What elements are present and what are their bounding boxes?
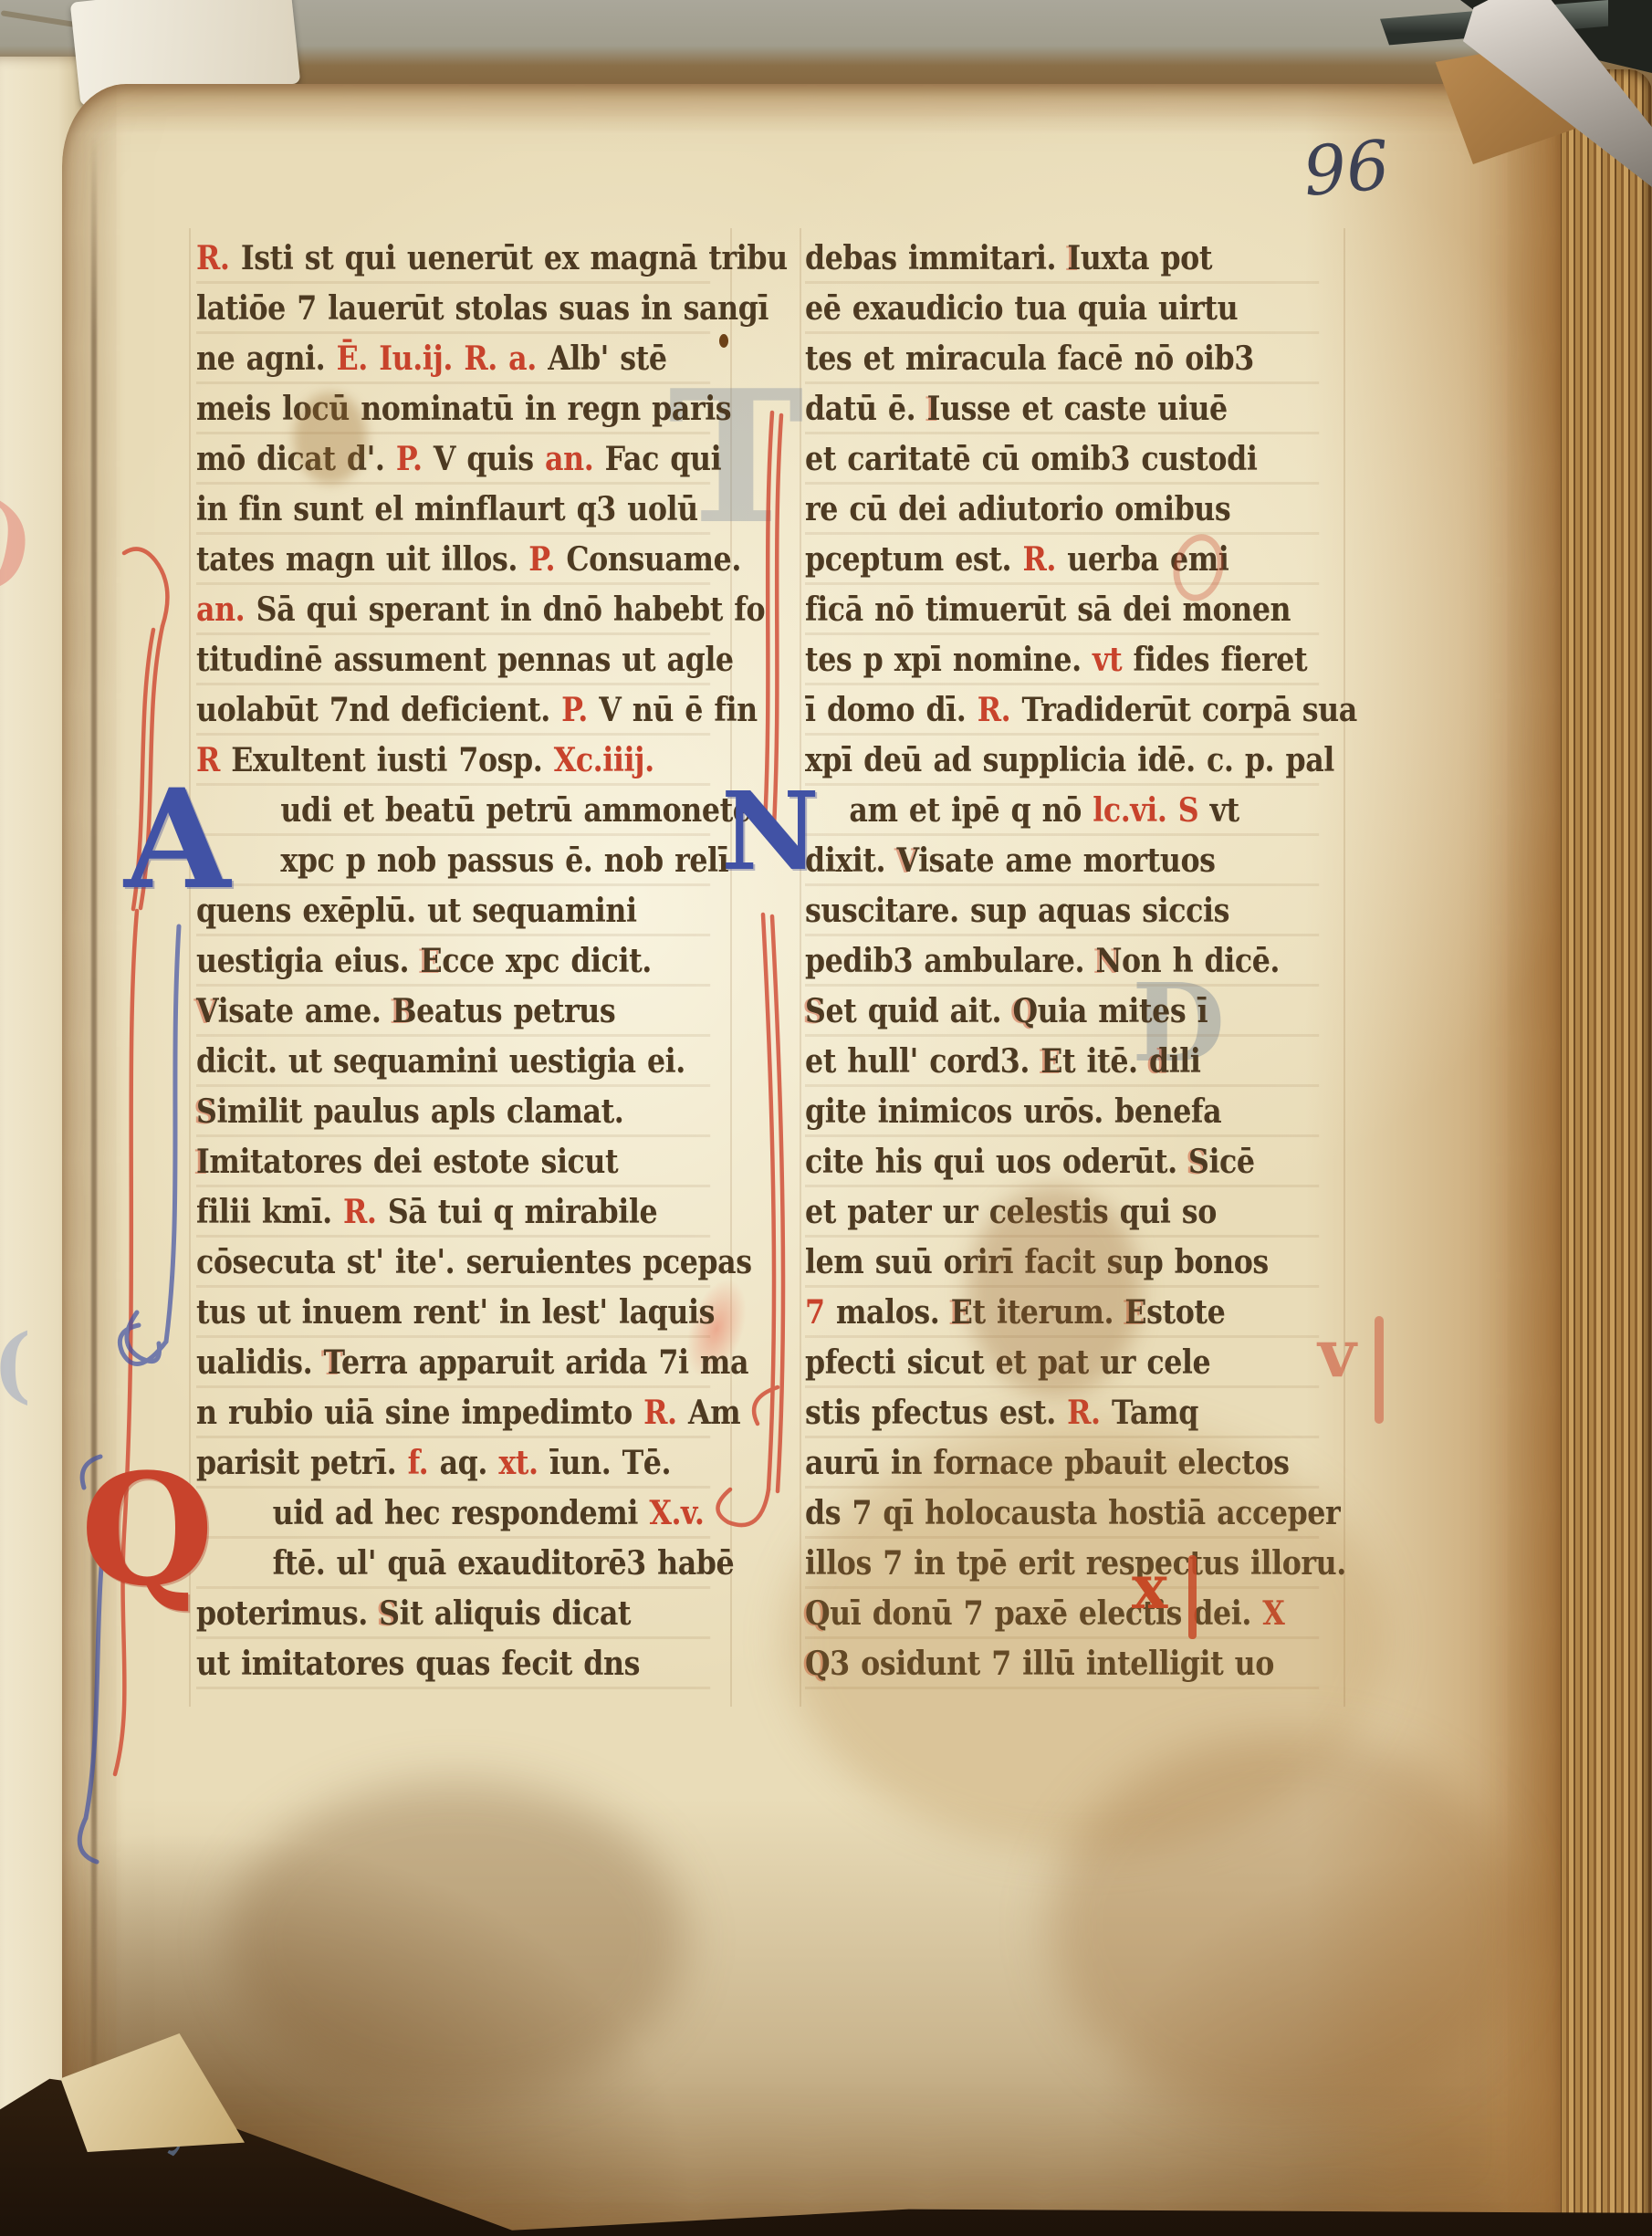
text-line: cite his qui uos oderūt. Sicē <box>805 1137 1319 1187</box>
text-line: Quī donū 7 paxē electis dei. X <box>805 1589 1319 1639</box>
text-line: suscitare. sup aquas siccis <box>805 886 1319 936</box>
text-line: ftē. ul' quā exauditorē3 habē <box>196 1539 710 1589</box>
text-line: meis locū nominatū in regn paris <box>196 384 710 434</box>
text-line: an. Sā qui sperant in dnō habebt fo <box>196 585 710 635</box>
text-line: uestigia eius. Ecce xpc dicit. <box>196 936 710 987</box>
folio-number-top: 96 <box>1300 126 1392 212</box>
text-line: R. Isti st qui uenerūt ex magnā tribu <box>196 234 710 284</box>
text-line: Similit paulus apls clamat. <box>196 1087 710 1137</box>
text-line: stis pfectus est. R. Tamq <box>805 1388 1319 1438</box>
pale-red-mark: v <box>1318 1314 1356 1392</box>
text-line: debas immitari. Iuxta pot <box>805 234 1319 284</box>
text-line: pedib3 ambulare. Non h dicē. <box>805 936 1319 987</box>
bleedthrough-red-mark: ) <box>0 482 45 606</box>
text-line: xpī deū ad supplicia idē. c. p. pal <box>805 736 1319 786</box>
text-line: et pater ur celestis qui so <box>805 1187 1319 1238</box>
text-line: datū ē. Iusse et caste uiuē <box>805 384 1319 434</box>
text-line: tes et miracula facē nō oib3 <box>805 334 1319 384</box>
text-line: poterimus. Sit aliquis dicat <box>196 1589 710 1639</box>
text-line: 7 malos. Et iterum. Estote <box>805 1288 1319 1338</box>
text-line: ficā nō timuerūt sā dei monen <box>805 585 1319 635</box>
text-line: latiōe 7 lauerūt stolas suas in sangī <box>196 284 710 334</box>
text-line: pceptum est. R. uerba emi <box>805 535 1319 585</box>
text-line: Imitatores dei estote sicut <box>196 1137 710 1187</box>
text-line: ī domo dī. R. Tradiderūt corpā sua <box>805 685 1319 736</box>
text-line: eē exaudicio tua quia uirtu <box>805 284 1319 334</box>
text-line: lem suū orirī facit sup bonos <box>805 1238 1319 1288</box>
text-line: udi et beatū petrū ammonetē. <box>196 786 710 836</box>
text-line: gite inimicos urōs. benefa <box>805 1087 1319 1137</box>
text-line: aurū in fornace pbauit electos <box>805 1438 1319 1489</box>
initial-n: N <box>721 778 820 885</box>
text-line: ne agni. Ē. Iu.ij. R. a. Alb' stē <box>196 334 710 384</box>
text-line: tes p xpī nomine. vt fides fieret <box>805 635 1319 685</box>
text-line: et caritatē cū omib3 custodi <box>805 434 1319 485</box>
bleedthrough-blue-mark: ( <box>0 1316 32 1413</box>
text-line: dicit. ut sequamini uestigia ei. <box>196 1037 710 1087</box>
initial-a: A <box>124 771 230 908</box>
red-x-bar <box>1188 1555 1197 1639</box>
text-line: uolabūt 7nd deficient. P. V nū ē fin <box>196 685 710 736</box>
text-line: re cū dei adiutorio omibus <box>805 485 1319 535</box>
pale-red-bar <box>1375 1316 1384 1424</box>
text-line: Q3 osidunt 7 illū intelligit uo <box>805 1639 1319 1689</box>
right-column: debas immitari. Iuxta poteē exaudicio tu… <box>805 234 1389 1689</box>
text-line: illos 7 in tpē erit respectus illoru. <box>805 1539 1319 1589</box>
text-line: titudinē assument pennas ut agle <box>196 635 710 685</box>
text-line: uid ad hec respondemi X.v. <box>196 1489 710 1539</box>
text-line: am et ipē q nō lc.vi. S vt <box>805 786 1319 836</box>
text-line: filii kmī. R. Sā tui q mirabile <box>196 1187 710 1238</box>
text-line: Set quid ait. Quia mites ī <box>805 987 1319 1037</box>
text-line: dixit. Visate ame mortuos <box>805 836 1319 886</box>
text-line: et hull' cord3. Et itē. dili <box>805 1037 1319 1087</box>
left-column: R. Isti st qui uenerūt ex magnā tribulat… <box>196 234 780 1689</box>
text-line: ualidis. Terra apparuit arida 7i ma <box>196 1338 710 1388</box>
text-line: tates magn uit illos. P. Consuame. <box>196 535 710 585</box>
text-line: quens exēplū. ut sequamini <box>196 886 710 936</box>
red-x-mark: x <box>1132 1552 1167 1623</box>
manuscript-photo: ) ( T D <box>0 0 1652 2236</box>
initial-q: Q <box>80 1453 214 1606</box>
text-line: cōsecuta st' ite'. seruientes pcepas <box>196 1238 710 1288</box>
text-line: ds 7 qī holocausta hostiā acceper <box>805 1489 1319 1539</box>
text-line: parisit petrī. f. aq. xt. īun. Tē. <box>196 1438 710 1489</box>
text-line: tus ut inuem rent' in lest' laquis <box>196 1288 710 1338</box>
text-line: in fin sunt el minflaurt q3 uolū <box>196 485 710 535</box>
text-line: mō dicat d'. P. V quis an. Fac qui <box>196 434 710 485</box>
text-line: R Exultent iusti 7osp. Xc.iiij. <box>196 736 710 786</box>
gutter-shadow <box>91 137 97 2163</box>
text-line: Visate ame. Beatus petrus <box>196 987 710 1037</box>
text-line: n rubio uiā sine impedimto R. Am <box>196 1388 710 1438</box>
text-line: xpc p nob passus ē. nob relī <box>196 836 710 886</box>
text-line: ut imitatores quas fecit dns <box>196 1639 710 1689</box>
text-line: pfecti sicut et pat ur cele <box>805 1338 1319 1388</box>
